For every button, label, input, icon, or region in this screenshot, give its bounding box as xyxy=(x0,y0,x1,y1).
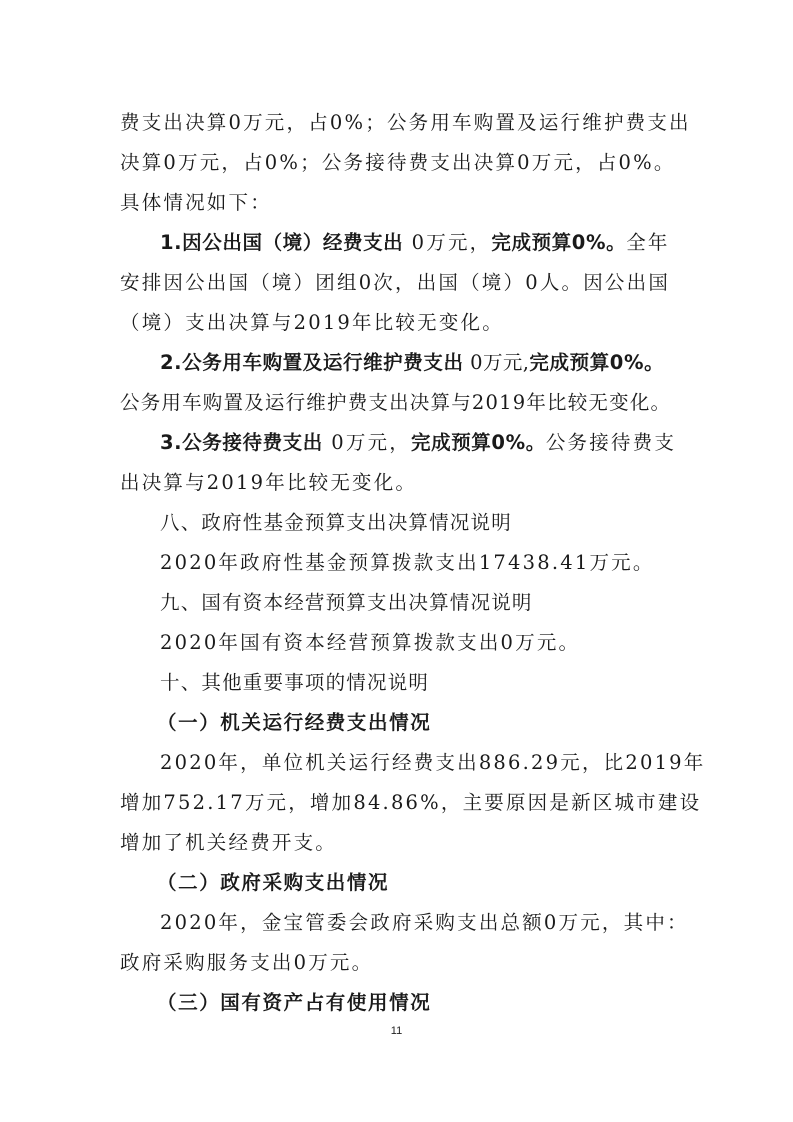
subsection-2-heading: （二）政府采购支出情况 xyxy=(157,863,712,903)
item-3-completion: 完成预算0%。 xyxy=(411,431,546,454)
paragraph-line: 增加了机关经费开支。 xyxy=(120,823,675,863)
paragraph-line: 决算0万元，占0%；公务接待费支出决算0万元，占0%。 xyxy=(120,143,675,183)
item-2-title: 2.公务用车购置及运行维护费支出 xyxy=(160,351,464,374)
item-1-completion: 完成预算0%。 xyxy=(491,231,626,254)
section-9-heading: 九、国有资本经营预算支出决算情况说明 xyxy=(160,583,675,623)
document-page: 费支出决算0万元，占0%；公务用车购置及运行维护费支出 决算0万元，占0%；公务… xyxy=(0,0,793,1122)
paragraph-line: 公务用车购置及运行维护费支出决算与2019年比较无变化。 xyxy=(120,383,675,423)
item-1-amount: 0万元， xyxy=(403,231,491,254)
paragraph-line: 费支出决算0万元，占0%；公务用车购置及运行维护费支出 xyxy=(120,103,675,143)
section-9-text: 2020年国有资本经营预算拨款支出0万元。 xyxy=(160,623,675,663)
paragraph-line: 2020年，单位机关运行经费支出886.29元，比2019年 xyxy=(160,743,675,783)
item-2-line: 2.公务用车购置及运行维护费支出 0万元,完成预算0%。 xyxy=(160,343,675,383)
item-3-line: 3.公务接待费支出 0万元，完成预算0%。公务接待费支 xyxy=(160,423,675,463)
paragraph-line: 出决算与2019年比较无变化。 xyxy=(120,463,675,503)
item-3-title: 3.公务接待费支出 xyxy=(160,431,323,454)
item-1-line: 1.因公出国（境）经费支出 0万元，完成预算0%。全年 xyxy=(160,223,675,263)
item-1-text: 全年 xyxy=(626,231,669,254)
paragraph-line: 政府采购服务支出0万元。 xyxy=(120,943,675,983)
section-8-heading: 八、政府性基金预算支出决算情况说明 xyxy=(160,503,675,543)
paragraph-line: 2020年，金宝管委会政府采购支出总额0万元，其中： xyxy=(160,903,675,943)
subsection-3-heading: （三）国有资产占有使用情况 xyxy=(157,983,712,1023)
paragraph-line: 增加752.17万元，增加84.86%，主要原因是新区城市建设 xyxy=(120,783,675,823)
item-2-completion: 完成预算0%。 xyxy=(529,351,664,374)
paragraph-line: 具体情况如下： xyxy=(120,183,675,223)
section-8-text: 2020年政府性基金预算拨款支出17438.41万元。 xyxy=(160,543,675,583)
item-2-amount: 0万元, xyxy=(464,351,530,374)
page-number: 11 xyxy=(0,1025,793,1037)
paragraph-line: 安排因公出国（境）团组0次，出国（境）0人。因公出国 xyxy=(120,263,675,303)
paragraph-line: （境）支出决算与2019年比较无变化。 xyxy=(120,303,675,343)
subsection-1-heading: （一）机关运行经费支出情况 xyxy=(157,703,712,743)
item-3-amount: 0万元， xyxy=(323,431,411,454)
section-10-heading: 十、其他重要事项的情况说明 xyxy=(160,663,675,703)
item-3-text: 公务接待费支 xyxy=(546,431,676,454)
item-1-title: 1.因公出国（境）经费支出 xyxy=(160,231,403,254)
